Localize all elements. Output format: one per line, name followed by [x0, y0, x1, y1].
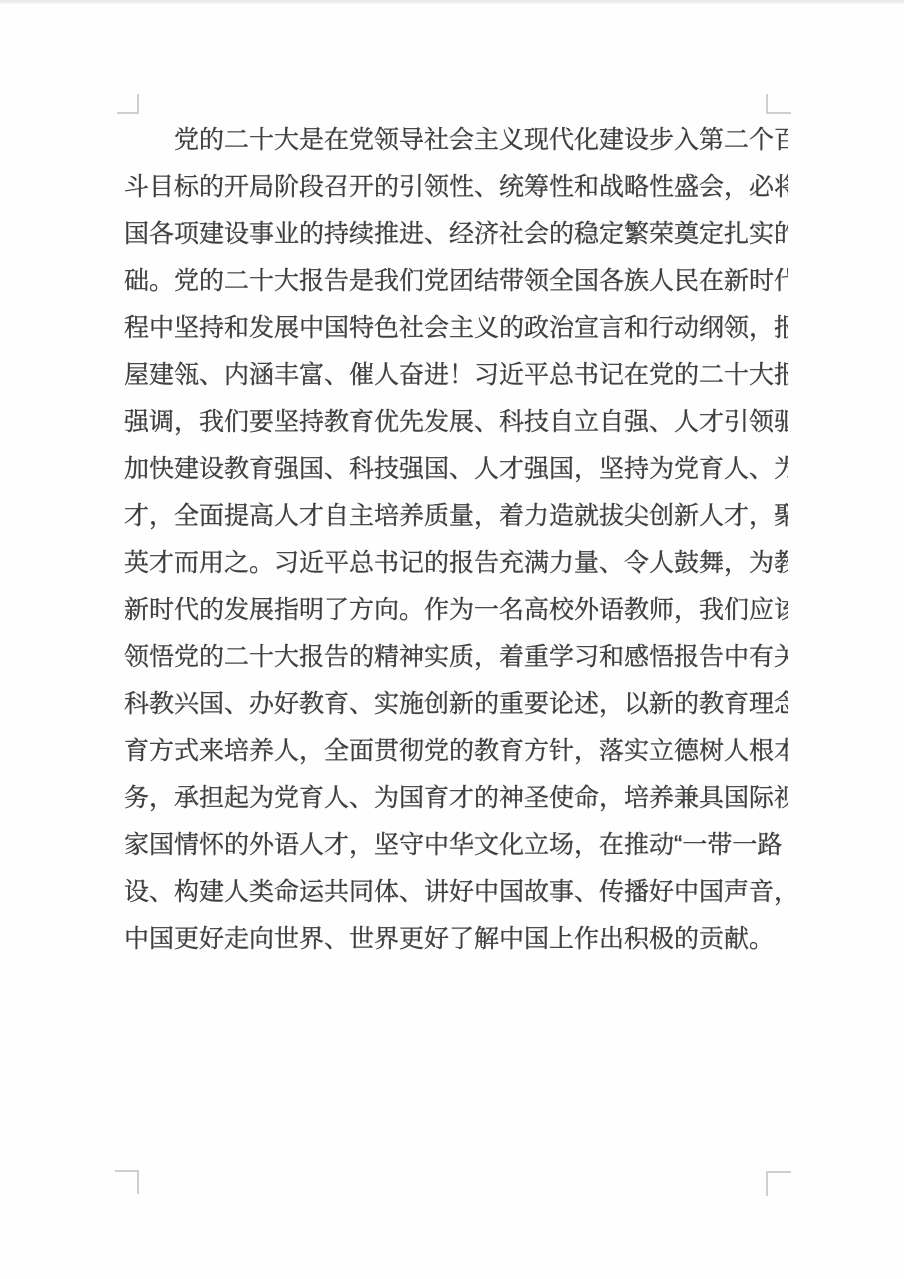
text-line: 家国情怀的外语人才，坚守中华文化立场，在推动“一带一路 ”建 [124, 822, 788, 869]
crop-mark-top-left [117, 94, 139, 114]
text-line: 党的二十大是在党领导社会主义现代化建设步入第二个百年奋 [124, 117, 788, 164]
text-line: 领悟党的二十大报告的精神实质，着重学习和感悟报告中有关实施 [124, 634, 788, 681]
page-top-edge-shadow [0, 0, 904, 4]
text-line: 础。党的二十大报告是我们党团结带领全国各族人民在新时代新征 [124, 258, 788, 305]
text-line: 新时代的发展指明了方向。作为一名高校外语教师，我们应该深刻 [124, 587, 788, 634]
paragraph-text-block: 党的二十大是在党领导社会主义现代化建设步入第二个百年奋 斗目标的开局阶段召开的引… [124, 117, 788, 963]
text-line: 强调，我们要坚持教育优先发展、科技自立自强、人才引领驱动， [124, 399, 788, 446]
text-line: 国各项建设事业的持续推进、经济社会的稳定繁荣奠定扎实的基 [124, 211, 788, 258]
text-line: 才，全面提高人才自主培养质量，着力造就拔尖创新人才，聚天下 [124, 493, 788, 540]
crop-mark-top-right [766, 94, 791, 114]
text-line: 中国更好走向世界、世界更好了解中国上作出积极的贡献。 [124, 916, 788, 963]
text-line: 英才而用之。习近平总书记的报告充满力量、令人鼓舞，为教育在 [124, 540, 788, 587]
text-line: 屋建瓴、内涵丰富、催人奋进！习近平总书记在党的二十大报告中 [124, 352, 788, 399]
crop-mark-bottom-left [115, 1170, 139, 1194]
text-line: 程中坚持和发展中国特色社会主义的政治宣言和行动纲领，报告高 [124, 305, 788, 352]
text-line: 设、构建人类命运共同体、讲好中国故事、传播好中国声音，推动 [124, 869, 788, 916]
text-line: 加快建设教育强国、科技强国、人才强国，坚持为党育人、为国育 [124, 446, 788, 493]
text-line: 务，承担起为党育人、为国育才的神圣使命，培养兼具国际视野和 [124, 775, 788, 822]
crop-mark-bottom-right [766, 1171, 791, 1196]
document-page: 党的二十大是在党领导社会主义现代化建设步入第二个百年奋 斗目标的开局阶段召开的引… [0, 0, 904, 1279]
text-line: 科教兴国、办好教育、实施创新的重要论述，以新的教育理念和教 [124, 681, 788, 728]
text-line: 育方式来培养人，全面贯彻党的教育方针，落实立德树人根本任 [124, 728, 788, 775]
text-line: 斗目标的开局阶段召开的引领性、统筹性和战略性盛会，必将为我 [124, 164, 788, 211]
